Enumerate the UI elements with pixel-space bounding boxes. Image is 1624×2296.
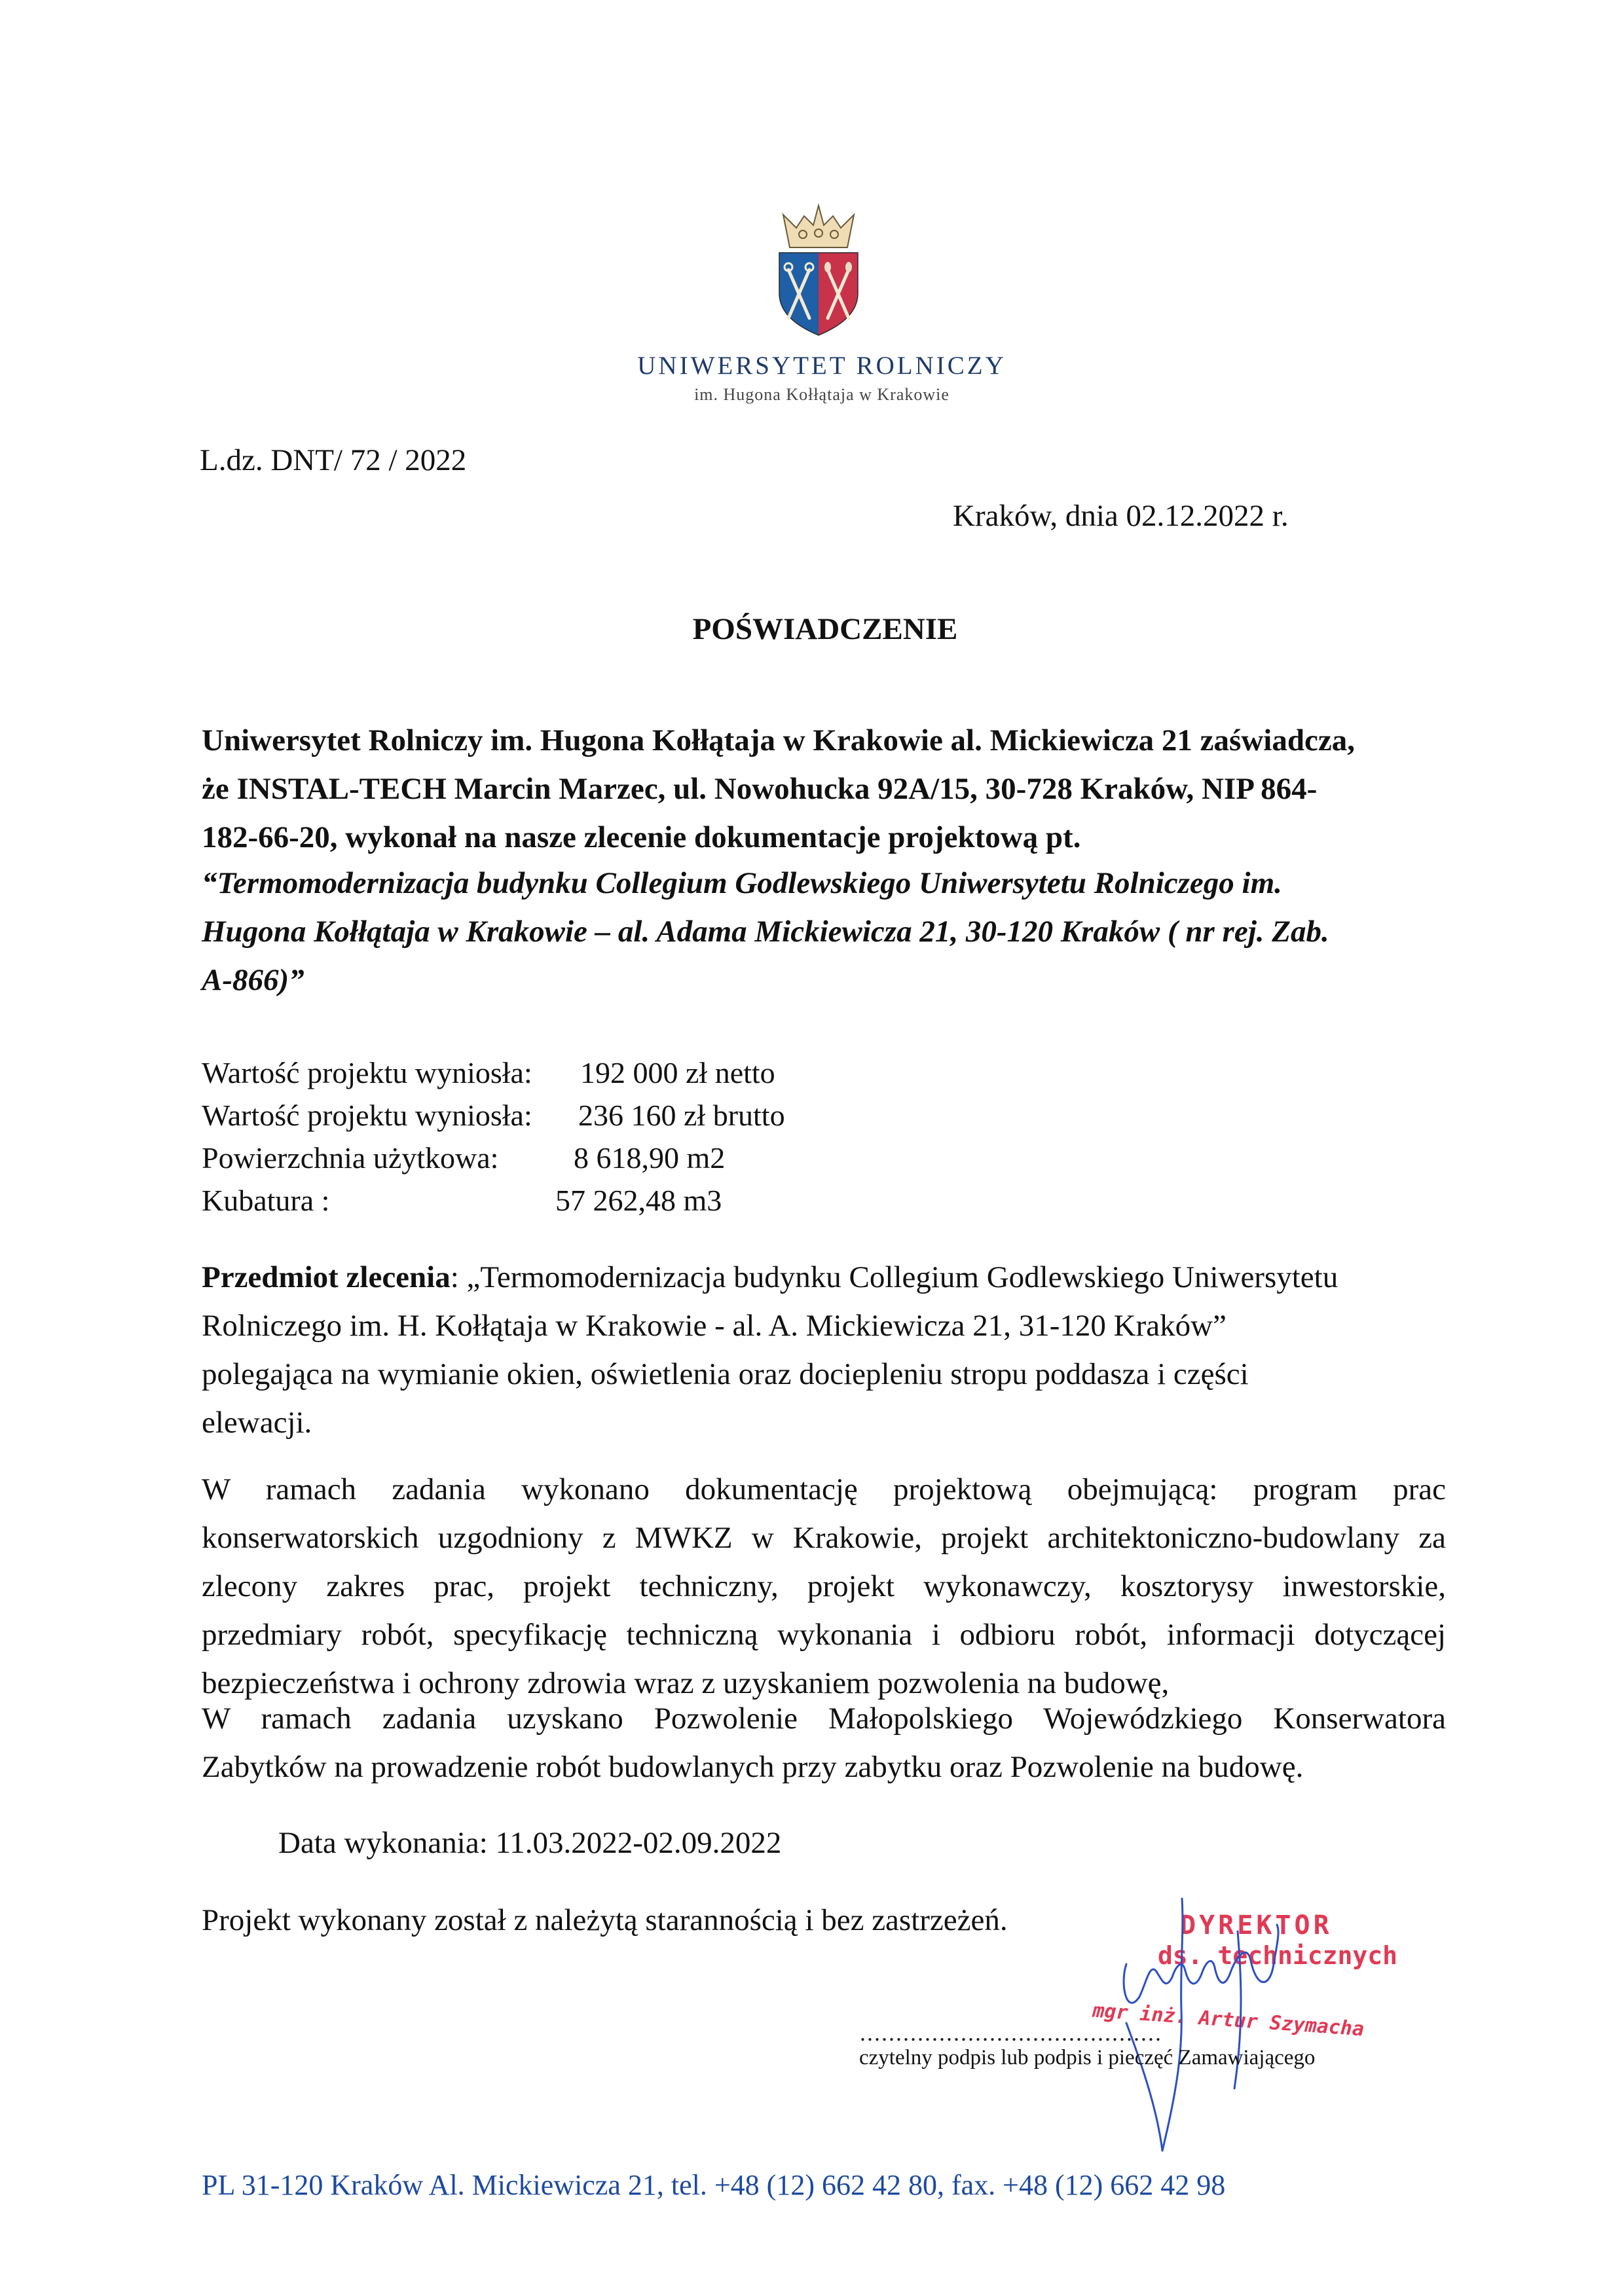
permits-paragraph: W ramach zadania uzyskano Pozwolenie Mał… xyxy=(202,1701,1446,1798)
intro-line: Uniwersytet Rolniczy im. Hugona Kołłątaj… xyxy=(202,723,1439,771)
fact-label: Kubatura : xyxy=(202,1183,329,1218)
permits-line: W ramach zadania uzyskano Pozwolenie Mał… xyxy=(202,1701,1446,1749)
closing-statement: Projekt wykonany został z należytą stara… xyxy=(202,1905,1008,1936)
scope-line: W ramach zadania wykonano dokumentację p… xyxy=(202,1472,1446,1520)
institution-subtitle: im. Hugona Kołłątaja w Krakowie xyxy=(0,385,1624,405)
subject-line: : „Termomodernizacja budynku Collegium G… xyxy=(451,1260,1338,1294)
scope-line: konserwatorskich uzgodniony z MWKZ w Kra… xyxy=(202,1520,1446,1569)
scope-line: zlecony zakres prac, projekt techniczny,… xyxy=(202,1569,1446,1617)
signature-caption: czytelny podpis lub podpis i pieczęć Zam… xyxy=(859,2046,1315,2070)
signature-line: ........................................… xyxy=(860,2019,1162,2047)
project-title-line: Hugona Kołłątaja w Krakowie – al. Adama … xyxy=(202,914,1439,962)
scope-line: przedmiary robót, specyfikację techniczn… xyxy=(202,1617,1446,1666)
place-date: Kraków, dnia 02.12.2022 r. xyxy=(953,501,1289,532)
fact-value: 236 160 zł brutto xyxy=(578,1098,785,1133)
permits-line: Zabytków na prowadzenie robót budowlanyc… xyxy=(202,1749,1446,1798)
scope-paragraph: W ramach zadania wykonano dokumentację p… xyxy=(202,1472,1446,1714)
fact-label: Powierzchnia użytkowa: xyxy=(202,1140,498,1175)
subject-paragraph: Przedmiot zlecenia: „Termomodernizacja b… xyxy=(202,1260,1439,1453)
fact-value: 57 262,48 m3 xyxy=(555,1183,722,1218)
subject-label: Przedmiot zlecenia xyxy=(202,1260,451,1294)
fact-label: Wartość projektu wyniosła: xyxy=(202,1055,532,1090)
fact-value: 192 000 zł netto xyxy=(580,1055,775,1090)
execution-date: Data wykonania: 11.03.2022-02.09.2022 xyxy=(278,1828,781,1859)
subject-line: elewacji. xyxy=(202,1405,1439,1453)
fact-value: 8 618,90 m2 xyxy=(574,1140,725,1175)
subject-line: Rolniczego im. H. Kołłątaja w Krakowie -… xyxy=(202,1308,1439,1357)
intro-line: 182-66-20, wykonał na nasze zlecenie dok… xyxy=(202,820,1439,868)
institution-name: UNIWERSYTET ROLNICZY xyxy=(0,351,1624,380)
university-crest-icon xyxy=(777,202,860,338)
project-title-line: A-866)” xyxy=(202,962,1439,1011)
fact-label: Wartość projektu wyniosła: xyxy=(202,1098,532,1133)
subject-line: polegająca na wymianie okien, oświetleni… xyxy=(202,1357,1439,1405)
project-title-line: “Termomodernizacja budynku Collegium God… xyxy=(202,866,1439,914)
stamp-department: ds. technicznych xyxy=(1158,1941,1397,1970)
project-title: “Termomodernizacja budynku Collegium God… xyxy=(202,866,1439,1011)
reference-number: L.dz. DNT/ 72 / 2022 xyxy=(200,445,466,476)
intro-paragraph: Uniwersytet Rolniczy im. Hugona Kołłątaj… xyxy=(202,723,1439,868)
intro-line: że INSTAL-TECH Marcin Marzec, ul. Nowohu… xyxy=(202,771,1439,820)
document-title: POŚWIADCZENIE xyxy=(0,614,1624,645)
stamp-title: DYREKTOR xyxy=(1180,1910,1333,1941)
footer-contact: PL 31-120 Kraków Al. Mickiewicza 21, tel… xyxy=(202,2168,1225,2202)
